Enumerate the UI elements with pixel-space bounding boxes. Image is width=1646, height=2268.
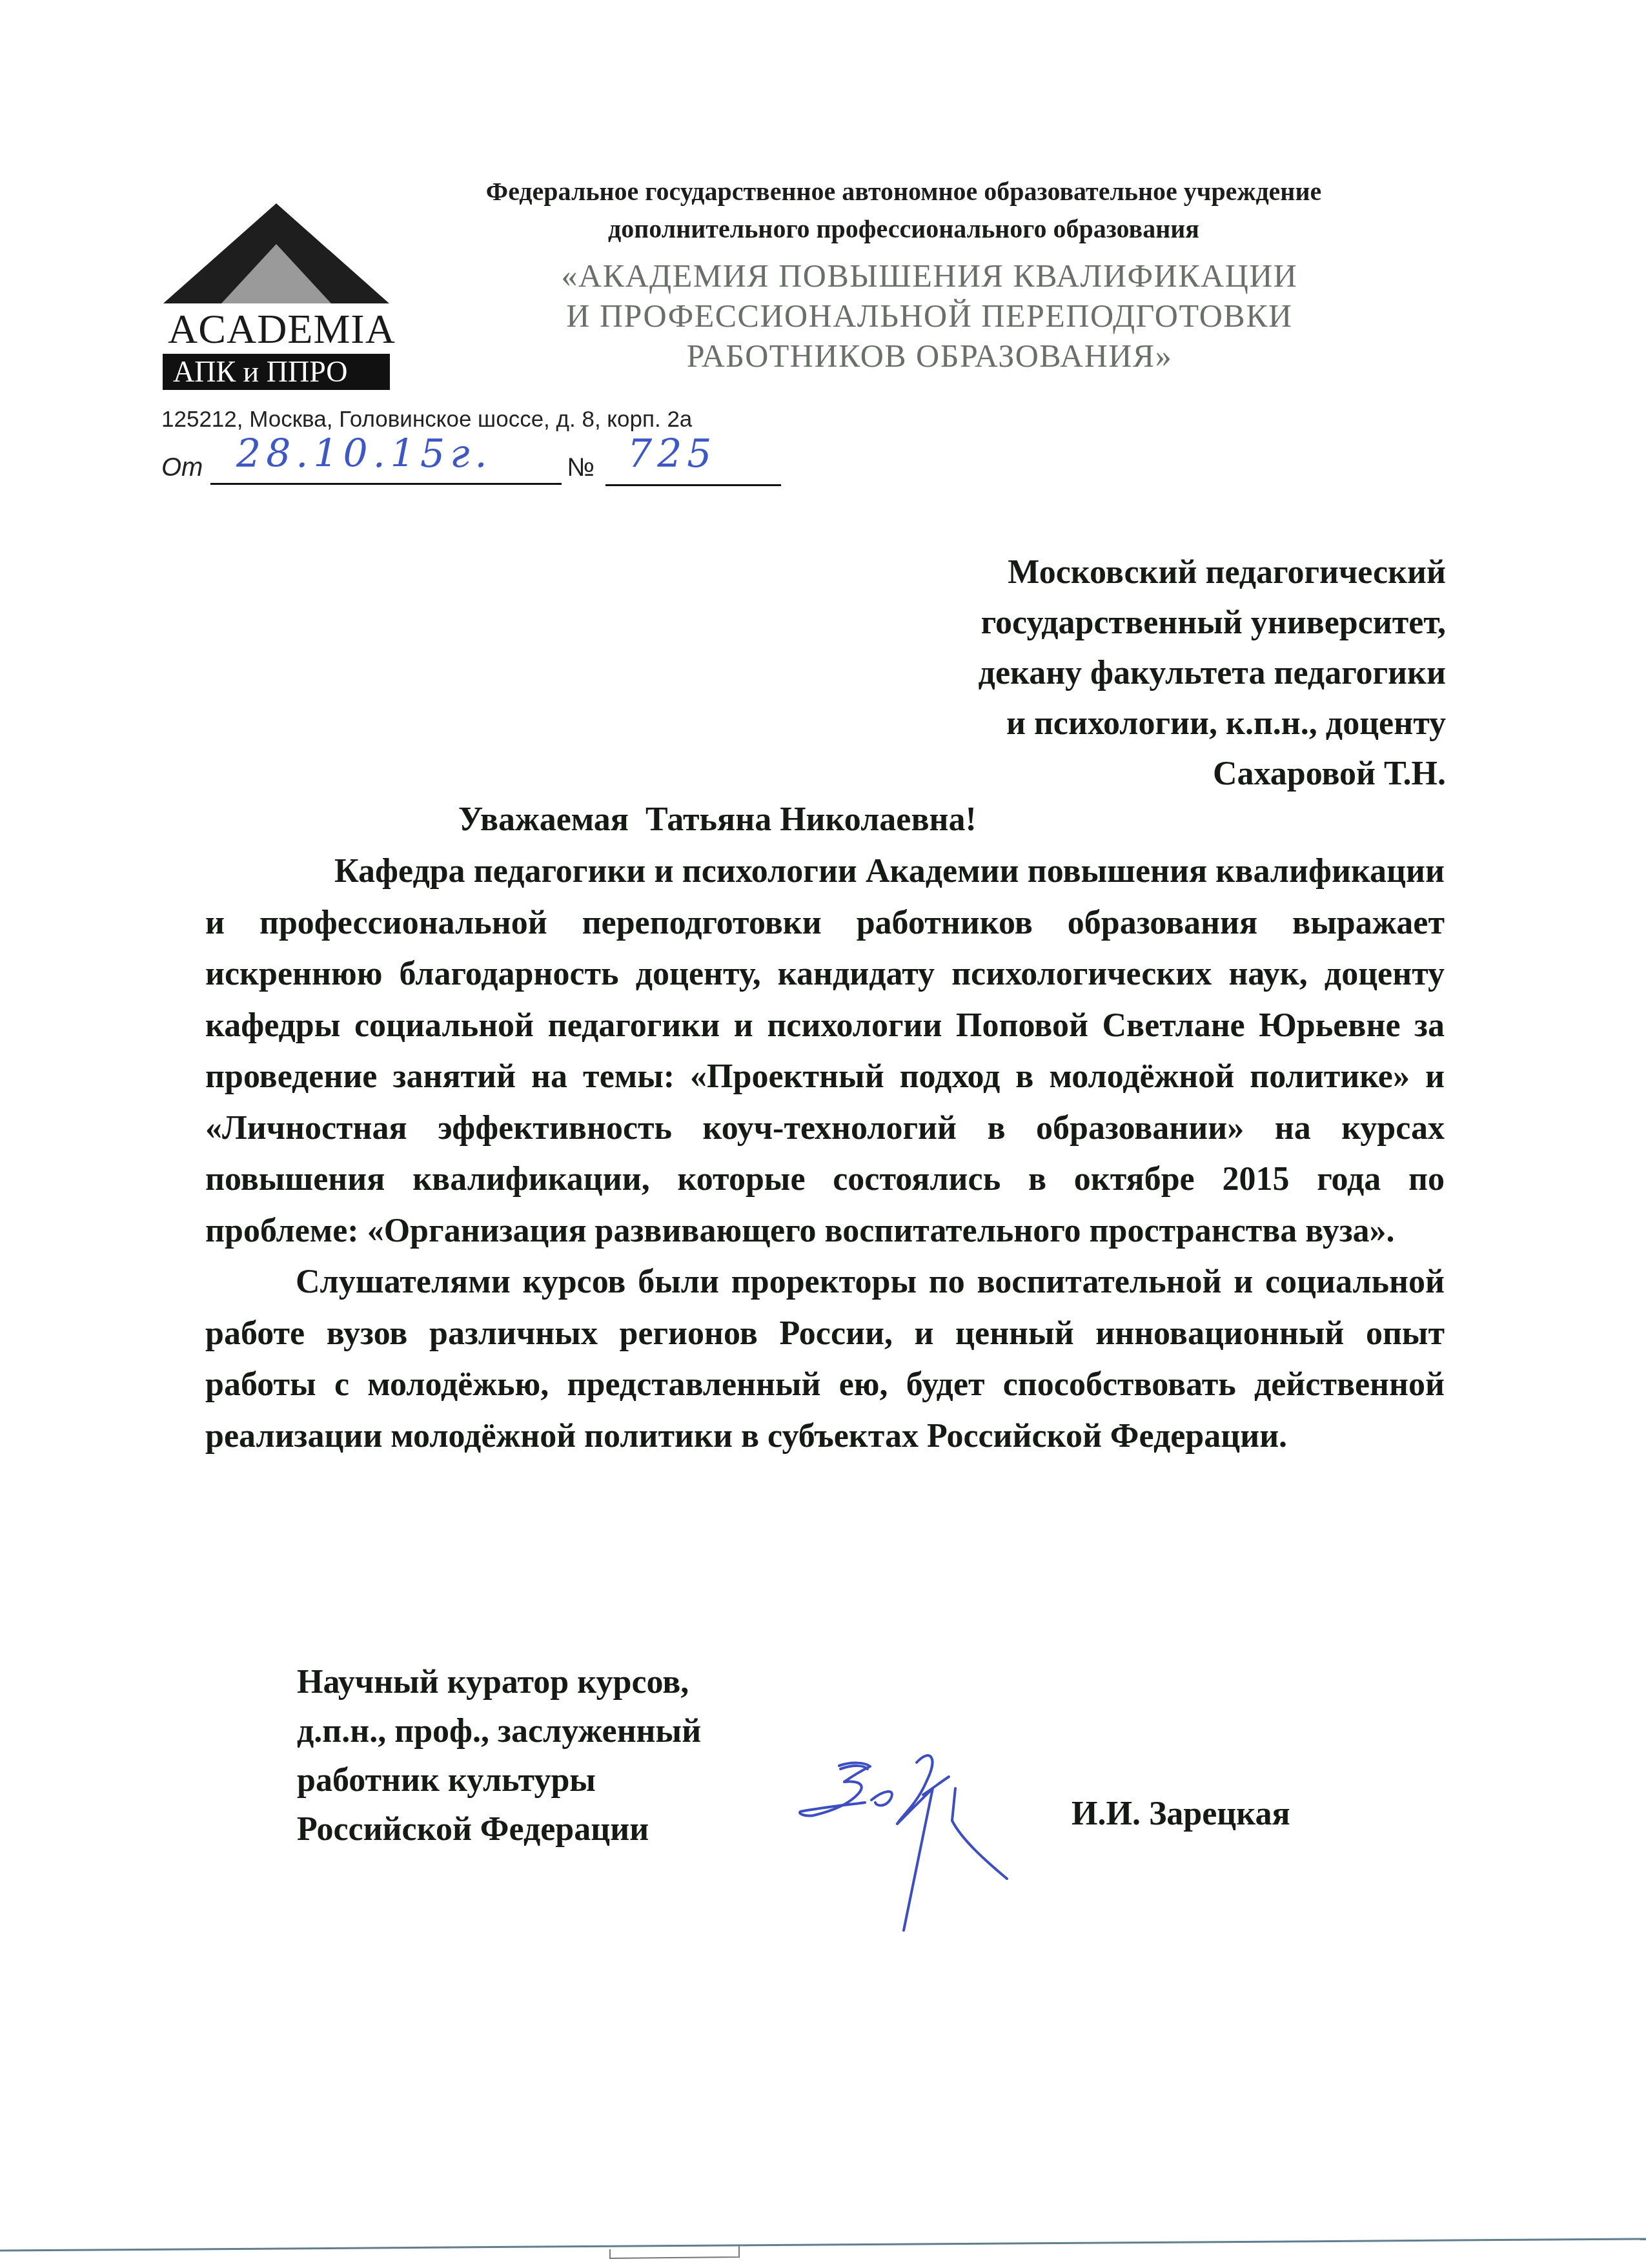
recipient-line: Московский педагогический [775,547,1446,598]
signatory-title-line: Научный куратор курсов, [297,1658,701,1707]
recipient-line: Сахаровой Т.Н. [775,749,1446,799]
signatory-title-line: работник культуры [297,1756,701,1805]
recipient-line: декану факультета педагогики [775,648,1446,699]
handwritten-number: 725 [627,431,717,476]
logo-subtitle-bar: АПК и ППРО [163,354,390,390]
number-field: 725 [605,445,781,486]
recipient-line: и психологии, к.п.н., доценту [775,699,1446,749]
body-paragraph: Кафедра педагогики и психологии Академии… [205,846,1445,1256]
scan-edge-line [0,2234,1646,2260]
organization-name: «АКАДЕМИЯ ПОВЫШЕНИЯ КВАЛИФИКАЦИИ И ПРОФЕ… [529,256,1330,376]
recipient-line: государственный университет, [775,598,1446,648]
org-name-line: И ПРОФЕССИОНАЛЬНОЙ ПЕРЕПОДГОТОВКИ [529,296,1330,336]
signatory-title-line: Российской Федерации [297,1805,701,1854]
number-label: № [567,453,594,482]
recipient-block: Московский педагогический государственны… [775,547,1446,799]
org-name-line: РАБОТНИКОВ ОБРАЗОВАНИЯ» [529,336,1330,376]
sender-address: 125212, Москва, Головинское шоссе, д. 8,… [161,407,692,433]
body-paragraph: Слушателями курсов были проректоры по во… [205,1256,1445,1462]
date-label: От [161,453,203,482]
org-name-line: «АКАДЕМИЯ ПОВЫШЕНИЯ КВАЛИФИКАЦИИ [529,256,1330,296]
logo-wordmark: ACADEMIA [168,309,394,350]
letter-body: Кафедра педагогики и психологии Академии… [205,846,1445,1462]
org-type-line: дополнительного профессионального образо… [387,210,1420,248]
date-field: 28.10.15г. [210,445,562,485]
academia-logo: ACADEMIA АПК и ППРО [160,200,392,387]
handwritten-date: 28.10.15г. [236,431,493,476]
organization-type: Федеральное государственное автономное о… [387,173,1420,248]
signatory-title-line: д.п.н., проф., заслуженный [297,1707,701,1756]
signatory-title: Научный куратор курсов, д.п.н., проф., з… [297,1658,701,1854]
org-type-line: Федеральное государственное автономное о… [387,173,1420,210]
roof-triangle-logo-icon [160,200,392,310]
handwritten-signature-icon [794,1743,1065,1937]
salutation: Уважаемая Татьяна Николаевна! [458,801,977,839]
signatory-name: И.И. Зарецкая [1072,1795,1290,1833]
reference-line: От 28.10.15г. № 725 [161,445,807,491]
